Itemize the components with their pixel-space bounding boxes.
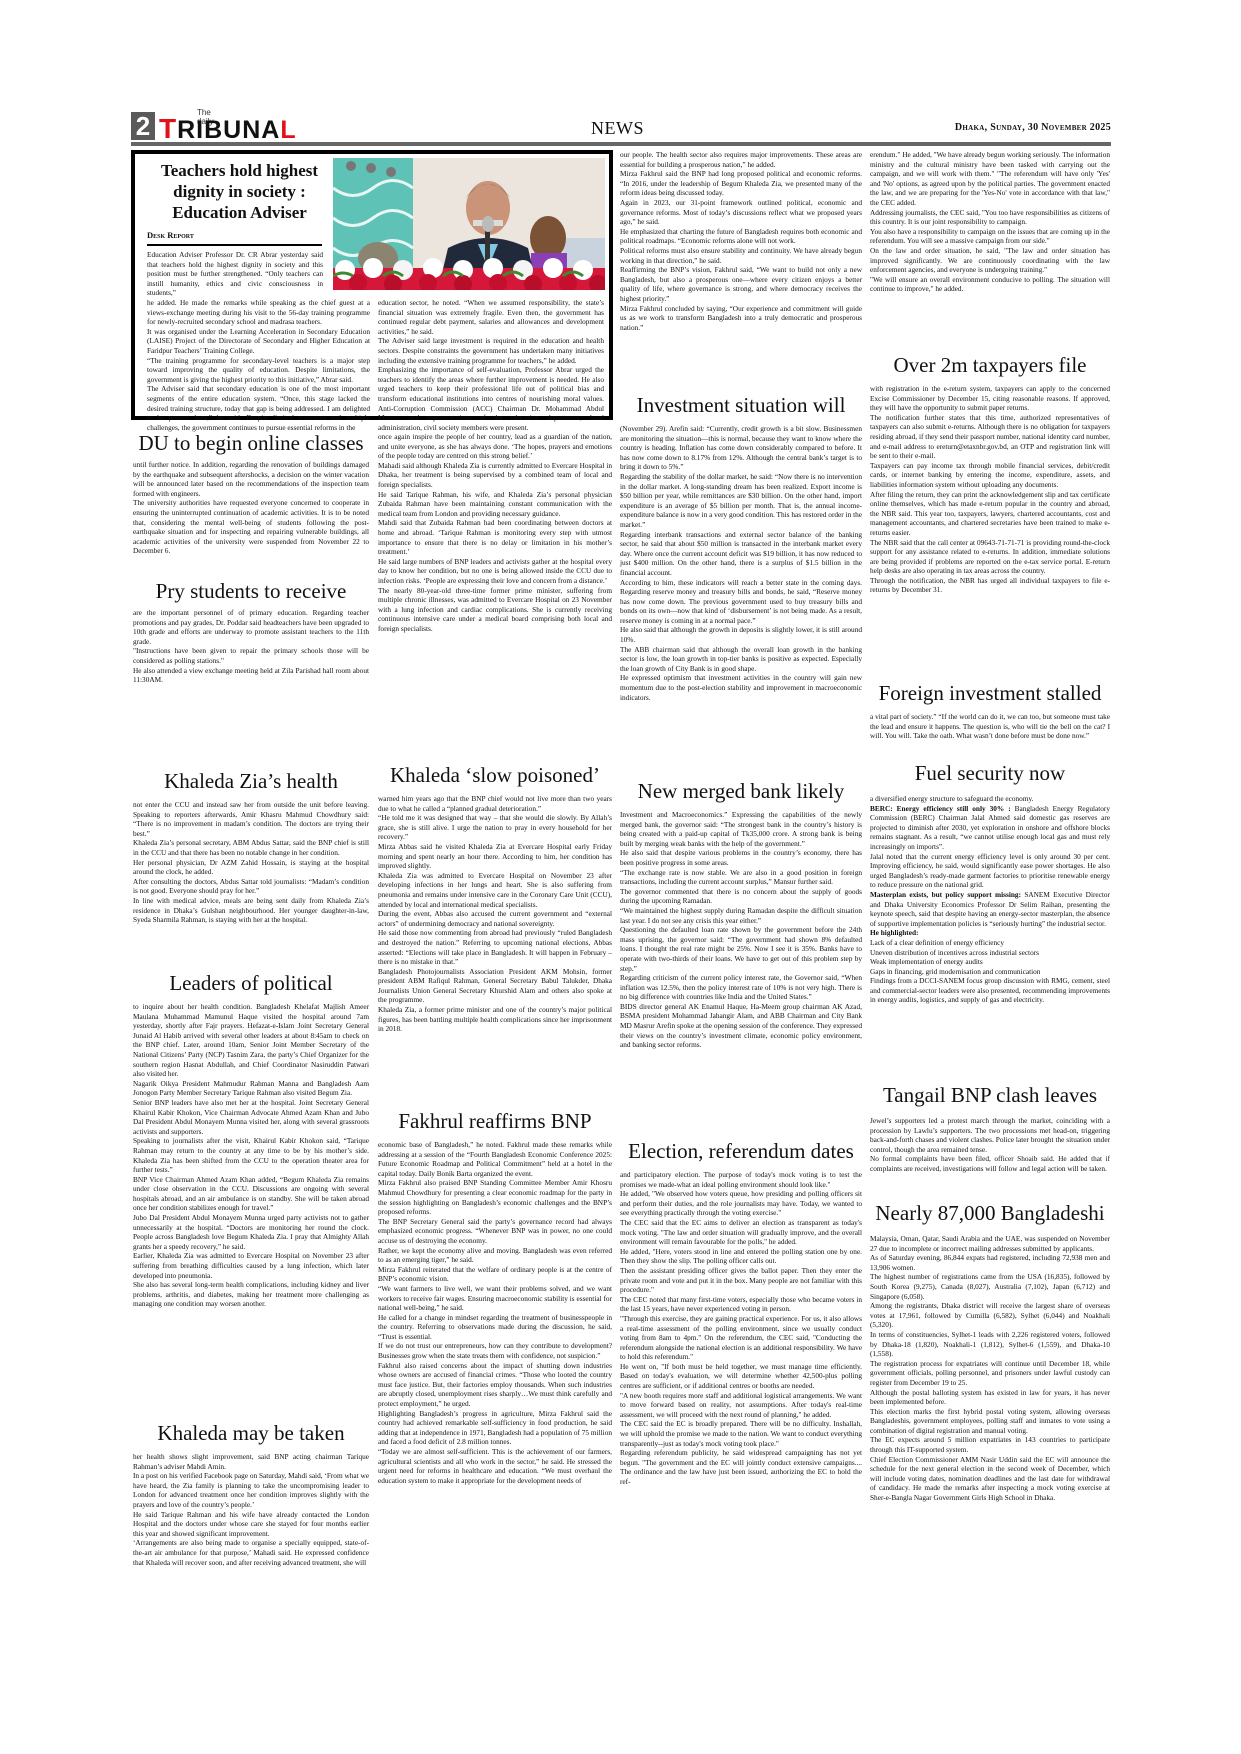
article-slow-poisoned: warned him years ago that the BNP chief … [378,794,612,1034]
article-fakhrul-continued: our people. The health sector also requi… [620,150,862,332]
highlight-item: Weak implementation of energy audits [870,957,1110,967]
article-merged-bank: Investment and Macroeconomics.” Expressi… [620,810,862,1050]
feature-story-box: Teachers hold highest dignity in society… [131,150,613,420]
logo-wordmark: TRIBUNAL [159,116,297,143]
highlight-item: Uneven distribution of incentives across… [870,948,1110,958]
article-leaders-political: to inquire about her health condition. B… [133,1002,369,1309]
section-name: NEWS [591,118,644,139]
page-number: 2 [131,112,155,140]
fuel-masterplan-paragraph: Masterplan exists, but policy support mi… [870,890,1110,928]
fuel-intro: a diversified energy structure to safegu… [870,794,1110,804]
feature-photo [333,158,605,290]
article-fakhrul: economic base of Bangladesh,” he noted. … [378,1140,612,1485]
article-khaleda-health: not enter the CCU and instead saw her fr… [133,800,369,925]
dateline: Dhaka, Sunday, 30 November 2025 [955,122,1111,133]
logo-last-letter: L [280,116,296,144]
article-tangail: Jewel’s supporters led a protest march t… [870,1116,1110,1174]
article-du-online: until further notice. In addition, regar… [133,460,369,556]
article-fuel-security: a diversified energy structure to safegu… [870,794,1110,1005]
feature-lead-text: Education Adviser Professor Dr. CR Abrar… [147,250,323,298]
headline-slow-poisoned: Khaleda ‘slow poisoned’ [378,762,612,788]
byline: Desk Report [147,230,322,246]
article-khaleda-taken: her health shows slight improvement, sai… [133,1452,369,1567]
highlight-item: Gaps in financing, grid modernisation an… [870,967,1110,977]
headline-leaders-political: Leaders of political [133,970,369,996]
headline-pry-students: Pry students to receive [133,578,369,604]
highlighted-label: He highlighted: [870,928,918,937]
article-election-continued: erendum." He added, "We have already beg… [870,150,1110,294]
masthead-rule [131,142,1111,146]
headline-87000-bangladeshi: Nearly 87,000 Bangladeshi [870,1200,1110,1226]
photo-illustration [333,158,605,290]
fuel-findings-paragraph: Findings from a DCCI-SANEM focus group d… [870,976,1110,1005]
feature-body-col2: education sector, he noted. “When we ass… [378,298,604,432]
article-khaleda-continued: once again inspire the people of her cou… [378,432,612,633]
masterplan-subhead: Masterplan exists, but policy support mi… [870,890,1021,899]
feature-headline: Teachers hold highest dignity in society… [147,160,332,223]
article-election: and participatory election. The purpose … [620,1170,862,1487]
headline-fuel-security: Fuel security now [870,760,1110,786]
article-87000-bangladeshi: Malaysia, Oman, Qatar, Saudi Arabia and … [870,1234,1110,1503]
feature-body-col1: he added. He made the remarks while spea… [147,298,370,432]
headline-khaleda-taken: Khaleda may be taken [133,1420,369,1446]
headline-merged-bank: New merged bank likely [620,778,862,804]
article-pry-students: are the important personnel of of primar… [133,608,369,685]
masthead: 2 The daily TRIBUNAL NEWS Dhaka, Sunday,… [131,108,1111,142]
headline-foreign-investment: Foreign investment stalled [870,680,1110,706]
fuel-berc-paragraph: BERC: Energy efficiency still only 30% :… [870,804,1110,852]
logo-middle: RIBUNA [177,116,280,144]
article-taxpayers: with registration in the e-return system… [870,384,1110,595]
headline-investment: Investment situation will [620,392,862,418]
article-foreign-investment: a vital part of society.” “If the world … [870,712,1110,741]
logo-first-letter: T [159,113,177,144]
headline-taxpayers: Over 2m taxpayers file [870,352,1110,378]
headline-tangail: Tangail BNP clash leaves [870,1082,1110,1108]
highlighted-subhead: He highlighted: [870,928,1110,938]
headline-du-online: DU to begin online classes [133,430,369,456]
headline-election: Election, referendum dates [620,1138,862,1164]
berc-subhead: BERC: Energy efficiency still only 30% : [870,804,1011,813]
fuel-jalal-paragraph: Jalal noted that the current energy effi… [870,852,1110,890]
highlight-item: Lack of a clear definition of energy eff… [870,938,1110,948]
headline-fakhrul: Fakhrul reaffirms BNP [378,1108,612,1134]
headline-khaleda-health: Khaleda Zia’s health [133,768,369,794]
article-investment: (November 29). Arefin said: “Currently, … [620,424,862,702]
